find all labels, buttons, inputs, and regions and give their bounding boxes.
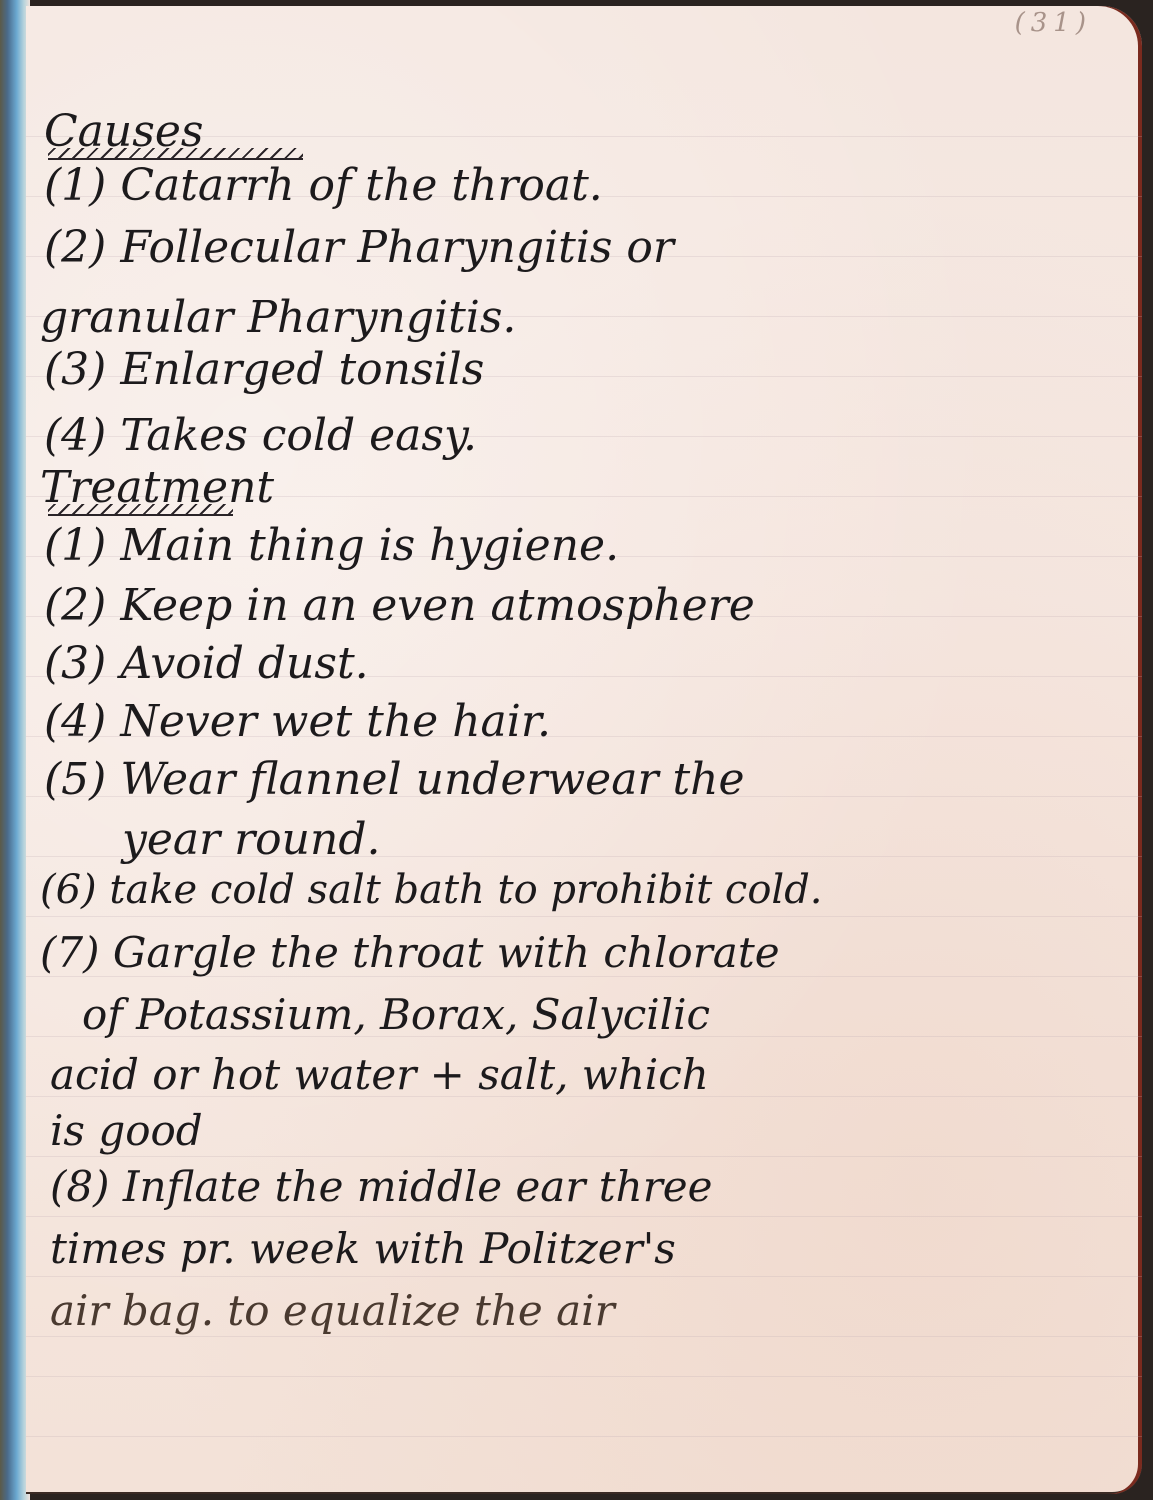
causes-item-2-cont: granular Pharyngitis. [40, 296, 516, 340]
item-number: (4) [44, 696, 106, 747]
item-text: Wear flannel underwear the [120, 754, 744, 805]
item-text: Inflate the middle ear three [123, 1162, 713, 1211]
causes-item-1: (1) Catarrh of the throat. [44, 164, 603, 208]
treatment-item-3: (3) Avoid dust. [44, 642, 369, 686]
treatment-item-5-cont: year round. [122, 818, 381, 862]
item-text: Takes cold easy. [120, 410, 477, 461]
treatment-item-1: (1) Main thing is hygiene. [44, 524, 619, 568]
scan-frame: (31) Causes (1) Catarrh of the throat. (… [0, 0, 1153, 1500]
item-number: (3) [44, 344, 106, 395]
ruled-line [26, 1216, 1142, 1217]
treatment-underline [48, 504, 233, 516]
treatment-item-2: (2) Keep in an even atmosphere [44, 584, 755, 628]
ruled-line [26, 1336, 1142, 1337]
item-number: (4) [44, 410, 106, 461]
treatment-item-7: (7) Gargle the throat with chlorate [40, 932, 780, 974]
ruled-line [26, 1436, 1142, 1437]
treatment-item-7-cont-1: of Potassium, Borax, Salycilic [82, 994, 710, 1036]
item-text: Never wet the hair. [120, 696, 551, 747]
treatment-item-8-cont-1: times pr. week with Politzer's [50, 1228, 676, 1270]
ruled-line [26, 1276, 1142, 1277]
item-text: times pr. week with Politzer's [50, 1224, 676, 1273]
item-text: is good [50, 1106, 203, 1155]
causes-item-2: (2) Follecular Pharyngitis or [44, 226, 674, 270]
item-text: acid or hot water + salt, which [50, 1050, 709, 1099]
item-text: Catarrh of the throat. [120, 160, 602, 211]
treatment-item-7-cont-2: acid or hot water + salt, which [50, 1054, 709, 1096]
item-number: (6) [40, 867, 97, 913]
item-text: Avoid dust. [120, 638, 368, 689]
ruled-line [26, 1376, 1142, 1377]
causes-underline [48, 148, 303, 160]
treatment-item-7-cont-3: is good [50, 1110, 203, 1152]
item-text: year round. [122, 814, 381, 865]
item-text: Gargle the throat with chlorate [113, 928, 780, 977]
treatment-item-6: (6) take cold salt bath to prohibit cold… [40, 870, 823, 910]
item-number: (1) [44, 160, 106, 211]
item-text: take cold salt bath to prohibit cold. [109, 867, 822, 913]
item-text: Enlarged tonsils [120, 344, 484, 395]
item-text: of Potassium, Borax, Salycilic [82, 990, 710, 1039]
item-number: (1) [44, 520, 106, 571]
item-number: (7) [40, 928, 100, 977]
item-number: (2) [44, 222, 106, 273]
treatment-item-8: (8) Inflate the middle ear three [50, 1166, 712, 1208]
ruled-line [26, 916, 1142, 917]
treatment-item-4: (4) Never wet the hair. [44, 700, 551, 744]
item-number: (2) [44, 580, 106, 631]
causes-item-4: (4) Takes cold easy. [44, 414, 477, 458]
item-number: (3) [44, 638, 106, 689]
treatment-item-5: (5) Wear flannel underwear the [44, 758, 745, 802]
item-text: Follecular Pharyngitis or [120, 222, 674, 273]
item-text: Main thing is hygiene. [120, 520, 619, 571]
causes-item-3: (3) Enlarged tonsils [44, 348, 484, 392]
item-text: Keep in an even atmosphere [120, 580, 754, 631]
treatment-item-8-cont-2: air bag. to equalize the air [50, 1290, 615, 1332]
page-number: (31) [1015, 8, 1092, 38]
item-text: granular Pharyngitis. [40, 292, 516, 343]
notebook-page: (31) Causes (1) Catarrh of the throat. (… [26, 6, 1142, 1494]
item-text: air bag. to equalize the air [50, 1286, 615, 1335]
ruled-line [26, 1156, 1142, 1157]
item-number: (8) [50, 1162, 110, 1211]
item-number: (5) [44, 754, 106, 805]
